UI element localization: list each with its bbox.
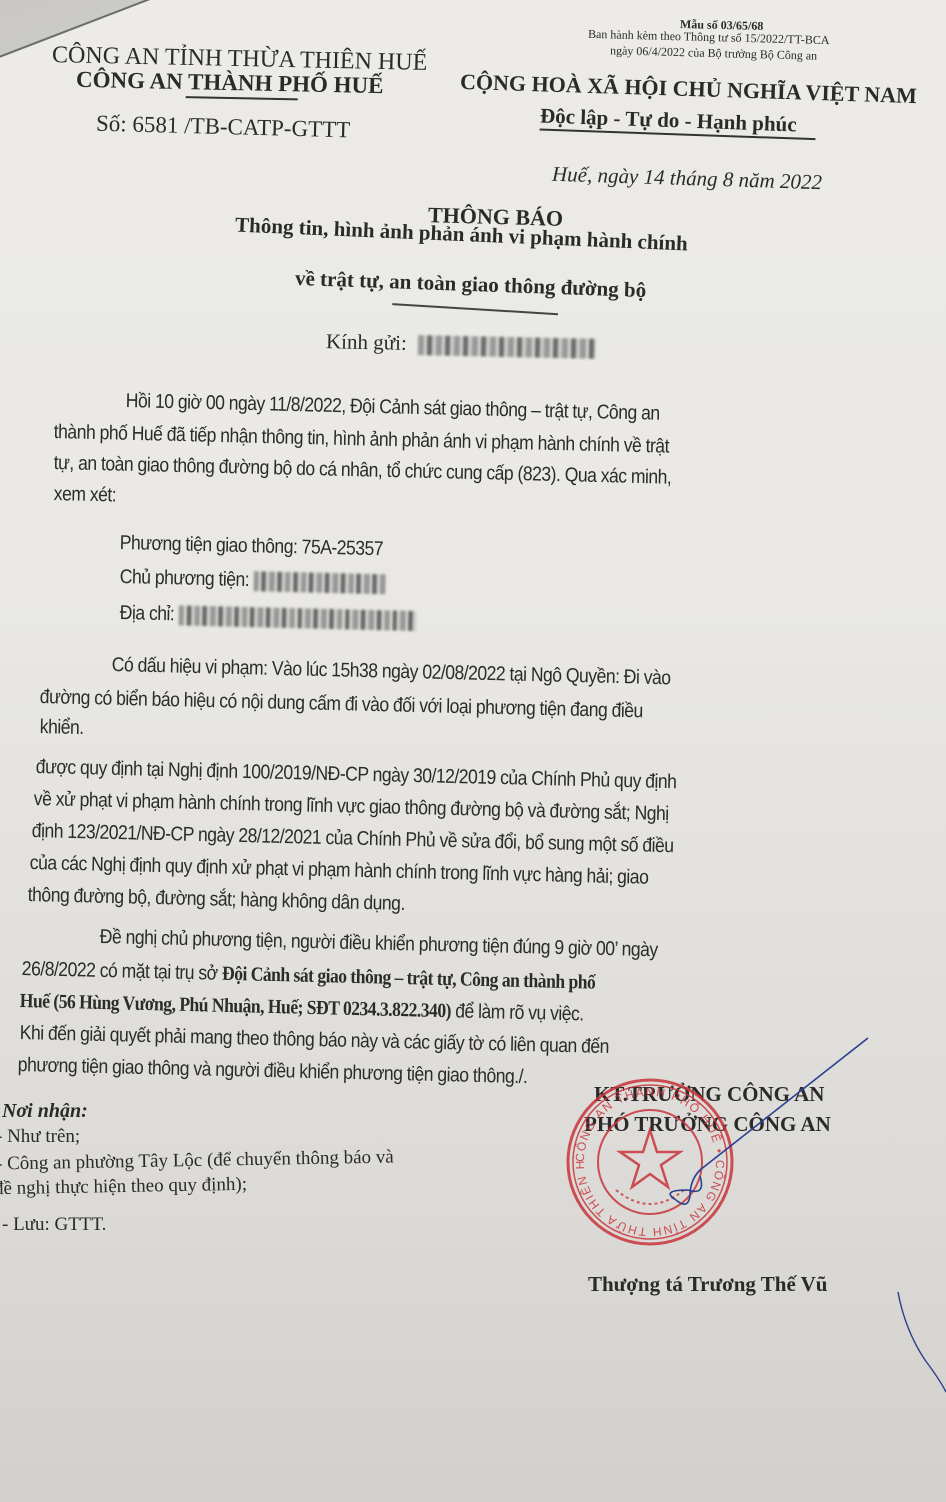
svg-text:CÔNG AN THÀNH PHỐ HUẾ • CÔNG A: CÔNG AN THÀNH PHỐ HUẾ • CÔNG AN TỈNH THỪ… [566,1078,727,1239]
request-line-2-text: 26/8/2022 có mặt tại trụ sở [22,958,223,985]
address-label: Địa chỉ: [120,602,175,625]
redacted-address [178,605,416,631]
recipient-item: - Lưu: GTTT. [2,1214,106,1236]
signer-name: Thượng tá Trương Thế Vũ [588,1272,827,1297]
recipients-label: Nơi nhận: [2,1100,88,1123]
agency-name-text: CÔNG AN THÀNH PHỐ HUẾ [76,67,384,98]
official-seal-icon: CÔNG AN THÀNH PHỐ HUẾ • CÔNG AN TỈNH THỪ… [566,1078,734,1246]
plate-value: 75A-25357 [301,536,383,560]
recipient-label: Kính gửi: [326,329,407,355]
redacted-recipient-name [418,335,596,359]
redacted-owner-name [253,571,385,594]
intro-line-4: xem xét: [54,483,117,507]
request-line-3-text: để làm rõ vụ việc. [451,1000,584,1025]
violation-line-3: khiển. [40,716,84,740]
plate-label: Phương tiện giao thông: [120,532,298,558]
owner-label: Chủ phương tiện: [120,566,250,591]
recipient-item: - Như trên; [0,1126,80,1148]
recipient-item: đề nghị thực hiện theo quy định); [0,1174,247,1200]
